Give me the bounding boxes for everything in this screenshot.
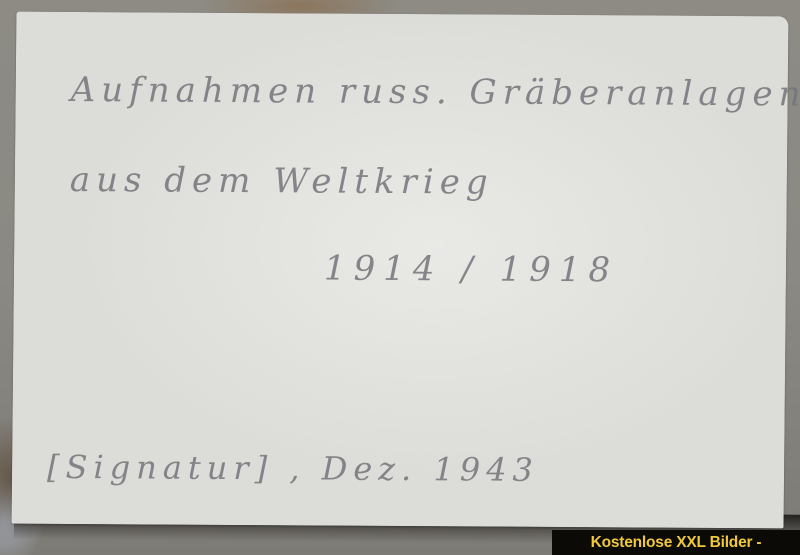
handwriting-line-2: aus dem Weltkrieg bbox=[70, 160, 494, 203]
photo-card-back: Aufnahmen russ. Gräberanlagen : aus dem … bbox=[12, 12, 789, 529]
handwriting-signature-date: [Signatur] , Dez. 1943 bbox=[47, 448, 539, 489]
watermark-banner: Kostenlose XXL Bilder - aupedoLive.de bbox=[552, 530, 800, 555]
handwriting-dates: 1914 / 1918 bbox=[324, 249, 619, 291]
handwriting-line-1: Aufnahmen russ. Gräberanlagen : bbox=[71, 70, 800, 115]
